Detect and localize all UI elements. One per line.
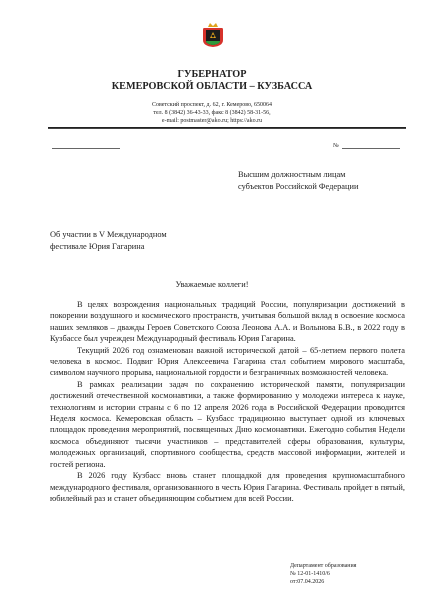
greeting: Уважаемые коллеги!	[0, 280, 424, 289]
date-blank-line	[52, 148, 120, 149]
paragraph: В целях возрождения национальных традици…	[50, 299, 405, 345]
paragraph: Текущий 2026 год ознаменован важной исто…	[50, 345, 405, 379]
recipient-line: субъектов Российской Федерации	[238, 181, 358, 193]
subject-line: фестивале Юрия Гагарина	[50, 241, 167, 253]
department: Департамент образования	[290, 562, 356, 570]
paragraph: В рамках реализации задач по сохранению …	[50, 379, 405, 470]
recipient-block: Высшим должностным лицам субъектов Росси…	[238, 169, 358, 193]
subject-line: Об участии в V Международном	[50, 229, 167, 241]
recipient-line: Высшим должностным лицам	[238, 169, 358, 181]
email-web: e-mail: postmaster@ako.ru; https://ako.r…	[0, 117, 424, 125]
region-title: КЕМЕРОВСКОЙ ОБЛАСТИ – КУЗБАССА	[0, 81, 424, 93]
document-date: от:07.04.2026	[290, 578, 356, 586]
phone-fax: тел. 8 (3842) 36-43-33, факс 8 (3842) 58…	[0, 109, 424, 117]
paragraph: В 2026 году Кузбасс вновь станет площадк…	[50, 470, 405, 504]
address: Советский проспект, д. 62, г. Кемерово, …	[0, 101, 424, 109]
number-label: №	[333, 143, 339, 149]
registration-stamp: Департамент образования № 12-01-1410/6 о…	[290, 562, 356, 586]
kuzbass-coat-of-arms-icon	[202, 22, 224, 48]
governor-title: ГУБЕРНАТОР	[0, 69, 424, 81]
letter-body: В целях возрождения национальных традици…	[50, 299, 405, 504]
number-blank-line	[342, 148, 400, 149]
subject-block: Об участии в V Международном фестивале Ю…	[50, 229, 167, 253]
document-number: № 12-01-1410/6	[290, 570, 356, 578]
header-divider	[48, 127, 406, 129]
contact-block: Советский проспект, д. 62, г. Кемерово, …	[0, 101, 424, 126]
